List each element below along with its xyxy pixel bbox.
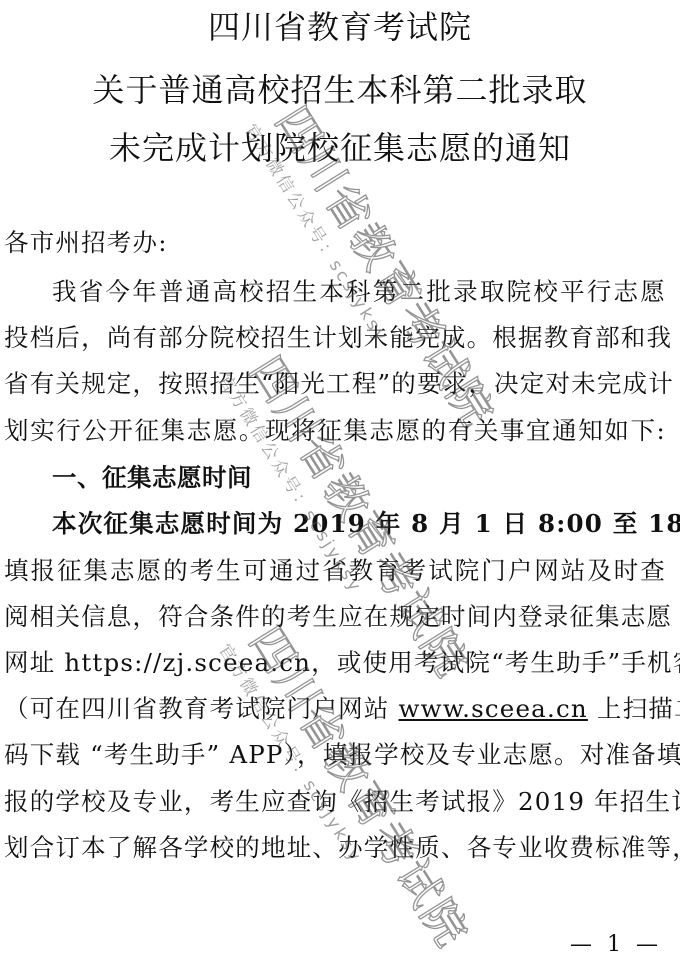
text-fragment: （可在四川省教育考试院门户网站 bbox=[4, 694, 399, 723]
paragraph2-line-6: 码下载 “考生助手” APP），填报学校及专业志愿。对准备填 bbox=[4, 739, 666, 771]
portal-website-link[interactable]: www.sceea.cn bbox=[399, 694, 588, 723]
paragraph2-line-2: 填报征集志愿的考生可通过省教育考试院门户网站及时查 bbox=[4, 555, 666, 587]
paragraph1-line-3: 省有关规定，按照招生“阳光工程”的要求，决定对未完成计 bbox=[4, 368, 666, 400]
text-fragment: ，或使用考试院“考生助手”手机客户端 bbox=[311, 648, 680, 677]
time-statement: 本次征集志愿时间为 2019 年 8 月 1 日 8:00 至 18:00。 bbox=[52, 509, 680, 538]
paragraph2-line-8: 划合订本了解各学校的地址、办学性质、各专业收费标准等， bbox=[4, 832, 666, 864]
document-page: 四川省教育考试院 关于普通高校招生本科第二批录取 未完成计划院校征集志愿的通知 … bbox=[0, 0, 680, 969]
volunteer-url-link[interactable]: https://zj.sceea.cn bbox=[64, 648, 311, 677]
paragraph2-line-1: 本次征集志愿时间为 2019 年 8 月 1 日 8:00 至 18:00。拟 bbox=[52, 508, 666, 540]
title-line-1: 四川省教育考试院 bbox=[0, 7, 680, 47]
title-line-2: 关于普通高校招生本科第二批录取 bbox=[0, 70, 680, 110]
section1-heading: 一、征集志愿时间 bbox=[52, 462, 666, 494]
paragraph2-line-5: （可在四川省教育考试院门户网站 www.sceea.cn 上扫描二维 bbox=[4, 693, 666, 725]
text-fragment: 上扫描二维 bbox=[588, 694, 680, 723]
paragraph2-line-7: 报的学校及专业，考生应查询《招生考试报》2019 年招生计 bbox=[4, 786, 666, 818]
paragraph1-line-2: 投档后，尚有部分院校招生计划未能完成。根据教育部和我 bbox=[4, 322, 666, 354]
title-line-3: 未完成计划院校征集志愿的通知 bbox=[0, 128, 680, 168]
text-fragment: 网址 bbox=[4, 648, 64, 677]
paragraph2-line-4: 网址 https://zj.sceea.cn，或使用考试院“考生助手”手机客户端 bbox=[4, 647, 666, 679]
paragraph1-line-1: 我省今年普通高校招生本科第二批录取院校平行志愿 bbox=[52, 276, 666, 308]
salutation: 各市州招考办: bbox=[4, 227, 666, 259]
paragraph1-line-4: 划实行公开征集志愿。现将征集志愿的有关事宜通知如下: bbox=[4, 415, 666, 447]
paragraph2-line-3: 阅相关信息，符合条件的考生应在规定时间内登录征集志愿 bbox=[4, 601, 666, 633]
page-number: — 1 — bbox=[570, 932, 662, 957]
